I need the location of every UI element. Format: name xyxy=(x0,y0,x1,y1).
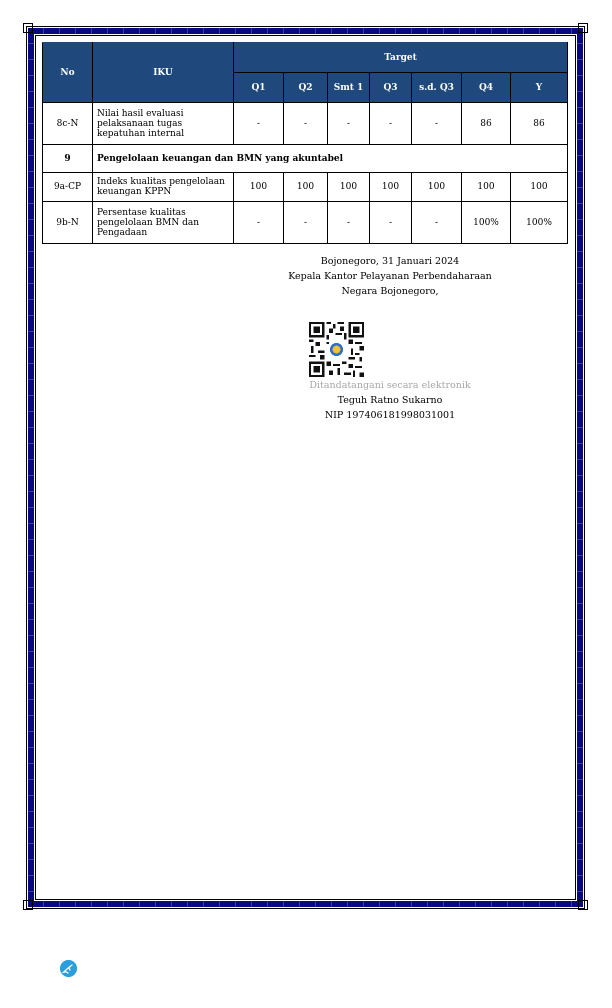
cell-group-no: 9 xyxy=(43,145,93,173)
cell-value: - xyxy=(328,103,370,145)
border-corner xyxy=(578,900,588,910)
signer-name: Teguh Ratno Sukarno xyxy=(270,395,510,406)
cell-value: - xyxy=(370,202,412,244)
cell-no: 8c-N xyxy=(43,103,93,145)
table-row: 8c-N Nilai hasil evaluasi pelaksanaan tu… xyxy=(43,103,568,145)
signature-position-line2: Negara Bojonegoro, xyxy=(270,284,510,299)
header-q3: Q3 xyxy=(370,73,412,103)
border-corner xyxy=(23,900,33,910)
header-q4: Q4 xyxy=(462,73,511,103)
cell-value: - xyxy=(234,103,284,145)
page-border-bottom xyxy=(28,901,583,907)
cell-iku: Persentase kualitas pengelolaan BMN dan … xyxy=(93,202,234,244)
cell-value: 100 xyxy=(284,173,328,202)
cell-value: - xyxy=(412,202,462,244)
header-y: Y xyxy=(511,73,568,103)
cell-value: 100 xyxy=(412,173,462,202)
page-border-left xyxy=(28,28,34,907)
cell-value: 100 xyxy=(462,173,511,202)
header-sd-q3: s.d. Q3 xyxy=(412,73,462,103)
cell-no: 9b-N xyxy=(43,202,93,244)
cell-value: - xyxy=(370,103,412,145)
signature-place-date: Bojonegoro, 31 Januari 2024 xyxy=(270,254,510,269)
table-row: 9a-CP Indeks kualitas pengelolaan keuang… xyxy=(43,173,568,202)
border-corner xyxy=(23,23,33,33)
cell-group-title: Pengelolaan keuangan dan BMN yang akunta… xyxy=(93,145,568,173)
signature-position-line1: Kepala Kantor Pelayanan Perbendaharaan xyxy=(270,269,510,284)
cell-value: 100 xyxy=(234,173,284,202)
page-border-top xyxy=(28,28,583,34)
signature-pen-icon xyxy=(60,960,77,977)
cell-value: - xyxy=(412,103,462,145)
header-smt1: Smt 1 xyxy=(328,73,370,103)
header-iku: IKU xyxy=(93,43,234,103)
header-q1: Q1 xyxy=(234,73,284,103)
cell-value: 100 xyxy=(511,173,568,202)
cell-value: 100% xyxy=(462,202,511,244)
signed-electronically-note: Ditandatangani secara elektronik xyxy=(270,380,510,391)
table-row: 9b-N Persentase kualitas pengelolaan BMN… xyxy=(43,202,568,244)
cell-value: - xyxy=(328,202,370,244)
header-q2: Q2 xyxy=(284,73,328,103)
page-border-right xyxy=(577,28,583,907)
cell-value: 100% xyxy=(511,202,568,244)
cell-value: - xyxy=(284,103,328,145)
signer-nip: NIP 197406181998031001 xyxy=(270,410,510,421)
cell-iku: Nilai hasil evaluasi pelaksanaan tugas k… xyxy=(93,103,234,145)
header-target: Target xyxy=(234,43,568,73)
header-no: No xyxy=(43,43,93,103)
cell-no: 9a-CP xyxy=(43,173,93,202)
table-group-row: 9 Pengelolaan keuangan dan BMN yang akun… xyxy=(43,145,568,173)
cell-value: - xyxy=(284,202,328,244)
cell-value: 100 xyxy=(328,173,370,202)
qr-code-icon xyxy=(309,322,364,377)
cell-value: 86 xyxy=(511,103,568,145)
border-corner xyxy=(578,23,588,33)
cell-value: - xyxy=(234,202,284,244)
cell-value: 86 xyxy=(462,103,511,145)
iku-target-table: No IKU Target Q1 Q2 Smt 1 Q3 s.d. Q3 Q4 … xyxy=(42,42,568,244)
cell-iku: Indeks kualitas pengelolaan keuangan KPP… xyxy=(93,173,234,202)
cell-value: 100 xyxy=(370,173,412,202)
